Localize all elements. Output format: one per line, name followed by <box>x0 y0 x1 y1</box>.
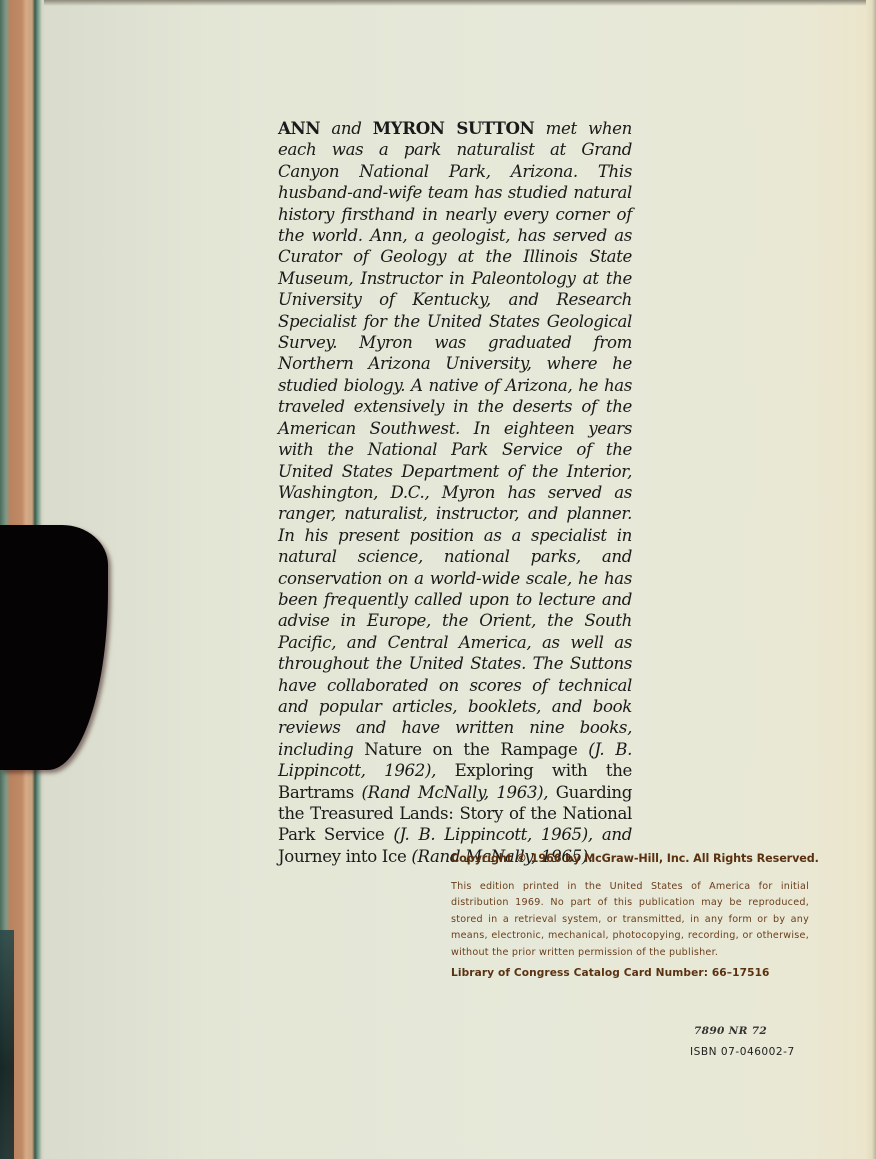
book-publisher-2: (Rand McNally, 1963), <box>354 783 556 802</box>
print-code: 7890 NR 72 <box>694 1025 767 1037</box>
isbn: ISBN 07-046002-7 <box>690 1046 795 1058</box>
cover-edge <box>0 930 14 1159</box>
author-biography: ANN and MYRON SUTTON met when each was a… <box>278 118 632 867</box>
copyright-notice: Copyright © 1966 by McGraw-Hill, Inc. Al… <box>451 852 809 865</box>
rights-statement: This edition printed in the United State… <box>451 879 809 961</box>
page-right-edge <box>866 0 876 1159</box>
copyright-block: Copyright © 1966 by McGraw-Hill, Inc. Al… <box>451 852 809 979</box>
bio-and: and <box>320 119 373 138</box>
page-top-shadow <box>44 0 876 6</box>
author-name-ann: ANN <box>278 118 320 138</box>
author-name-myron: MYRON SUTTON <box>373 118 535 138</box>
bio-text: met when each was a park naturalist at G… <box>278 119 632 759</box>
catalog-card-number: Library of Congress Catalog Card Number:… <box>451 967 809 979</box>
book-title-journey-into-ice: Journey into Ice <box>278 847 406 866</box>
book-title-nature-on-the-rampage: Nature on the Rampage <box>364 740 577 759</box>
book-publisher-3: (J. B. Lippincott, 1965), and <box>384 825 632 844</box>
